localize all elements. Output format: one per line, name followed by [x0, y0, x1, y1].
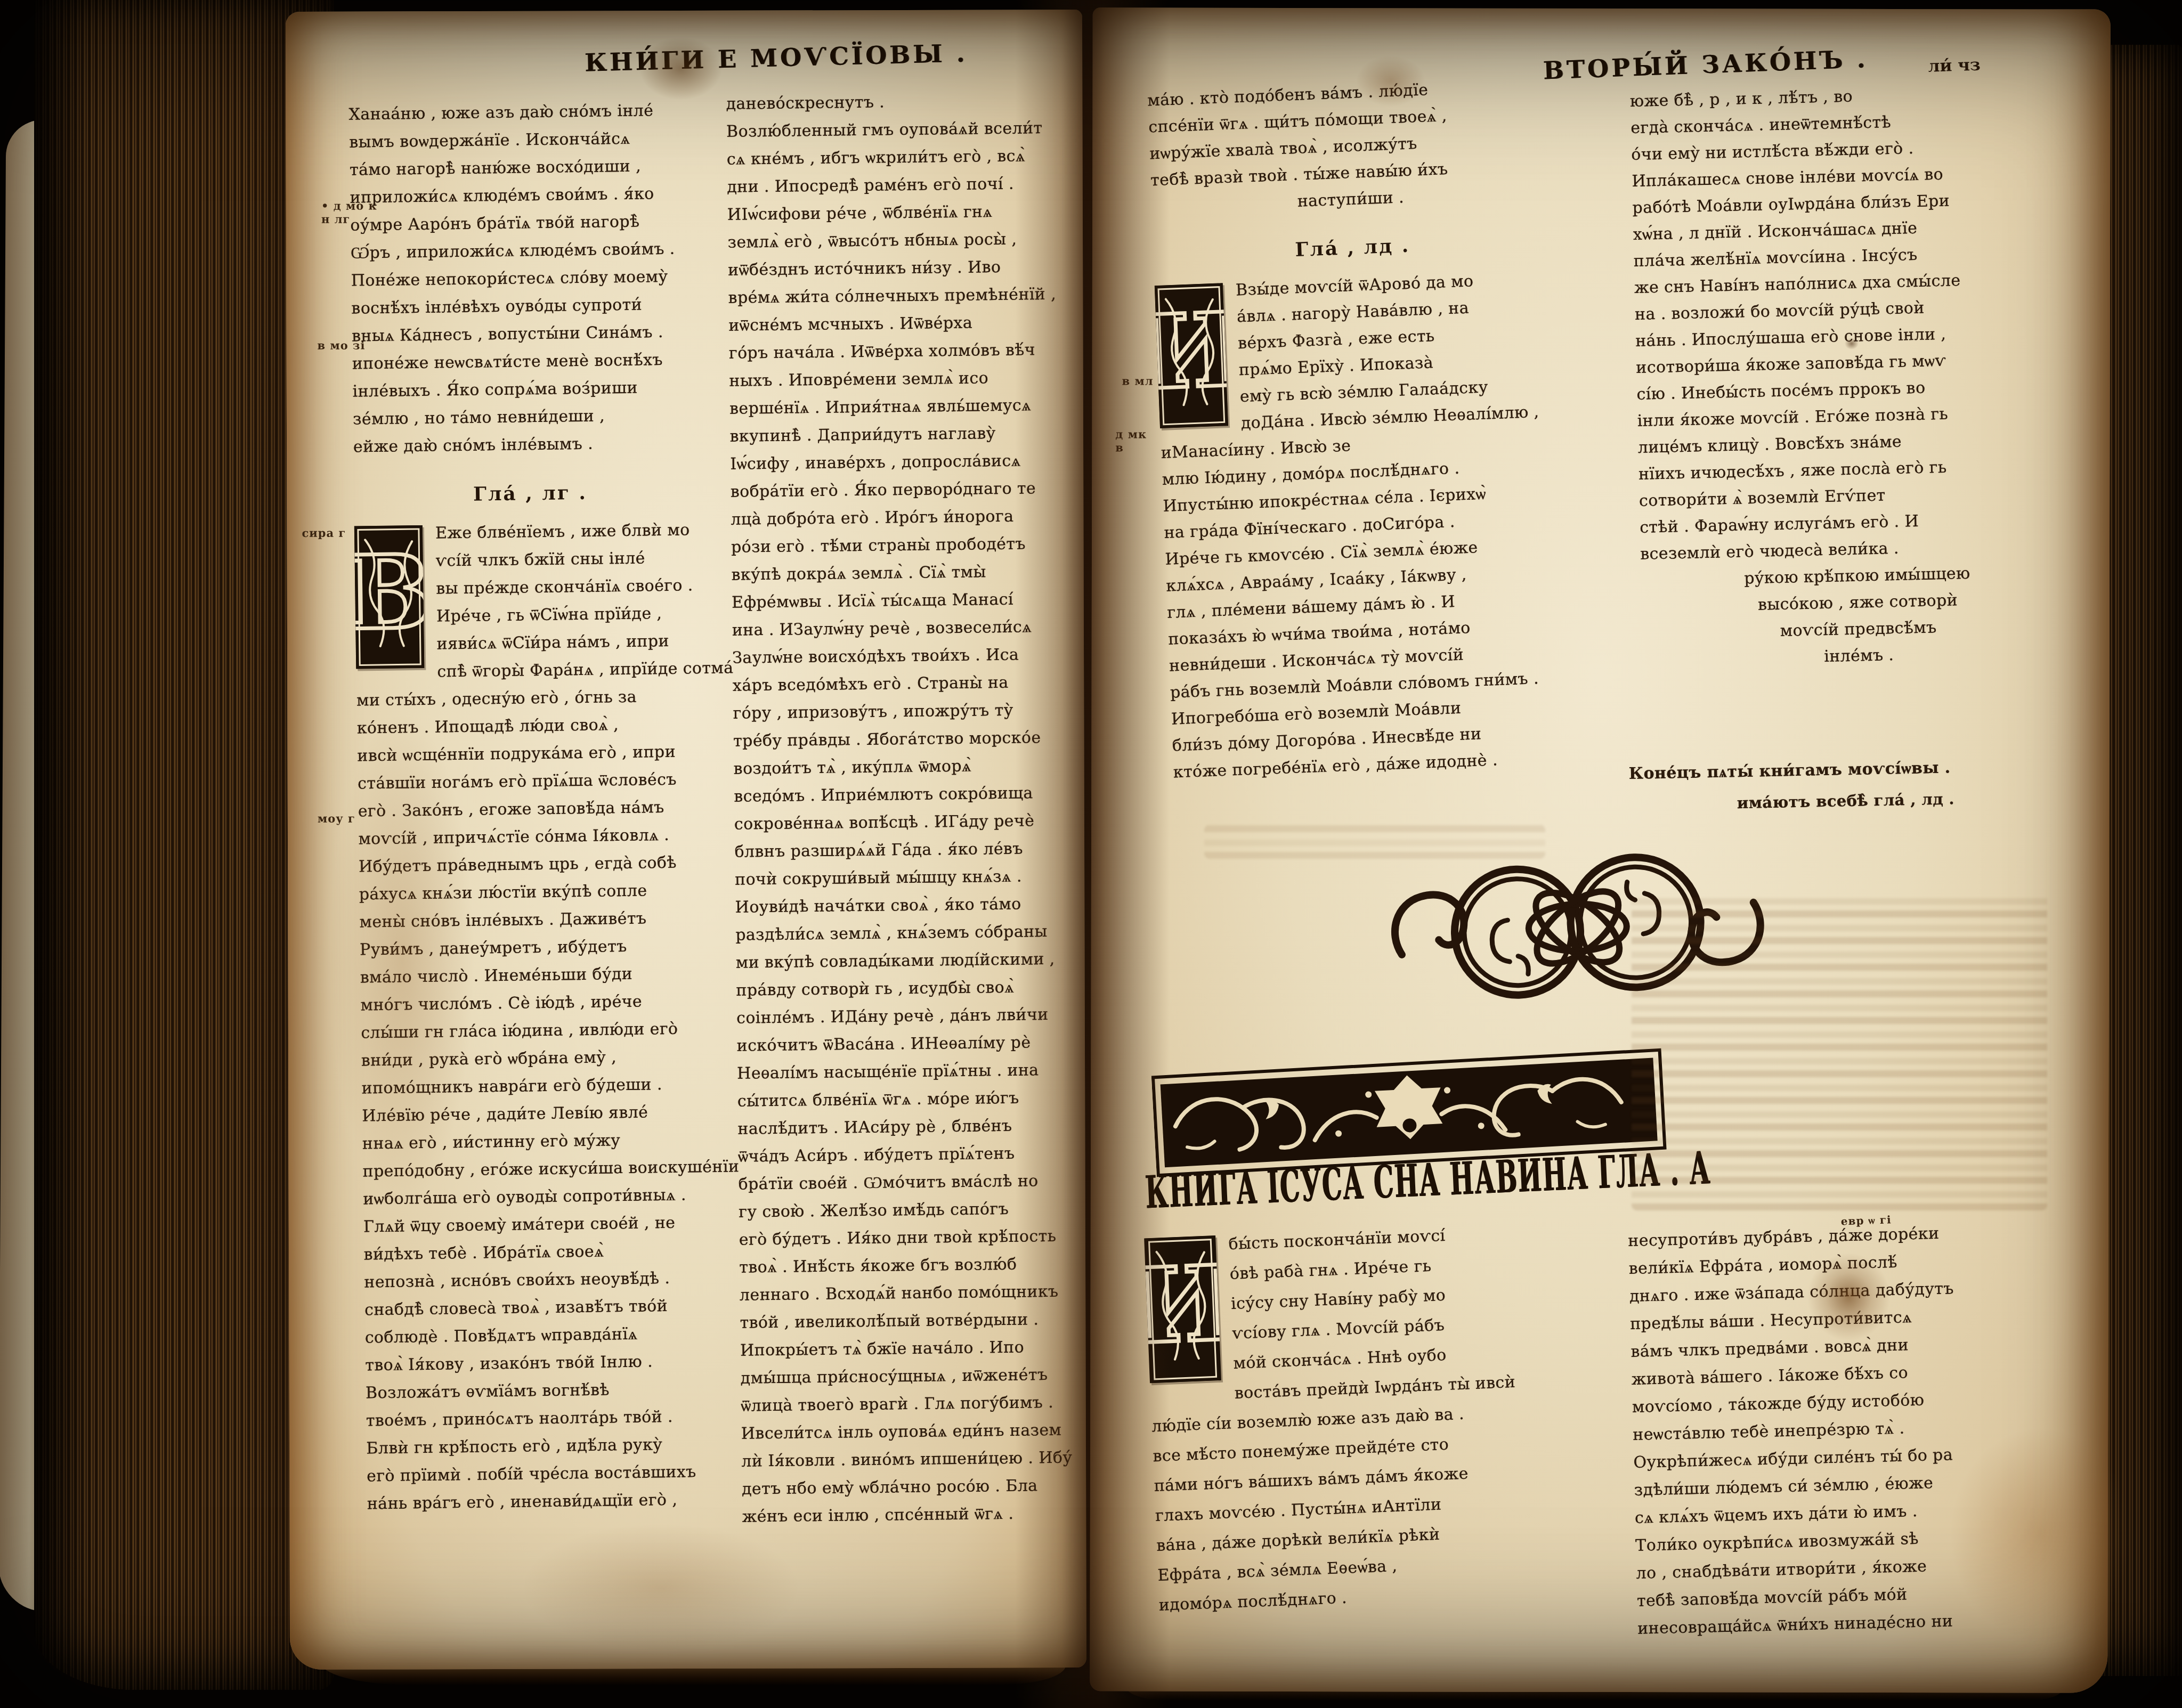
text-line: леннаго . Всходѧ́й нанбо помо́щникъ [740, 1278, 1085, 1309]
text-line: Заулѡ́не воисхо́дѣхъ твои́хъ . Иса [732, 640, 1078, 672]
text-line: землѧ̀ его̀ , ѿвысо́тъ нбныѧ росы̀ , [727, 225, 1073, 256]
text-line: ста́вшїи нога́мъ его̀ прїѧ́ша ѿслове́съ [358, 766, 711, 798]
text-line: Ефре́мѡвы . Исїѧ̀ ты́сѧща Манасі́ [732, 585, 1077, 616]
right-page-column-2-deut-end: юже бѣ̀ , р , и к , лѣ́тъ , воегда̀ скон… [1629, 79, 2075, 674]
running-title-left: КНИ́ГИ Е МОѴСЇОВЫ . [573, 38, 979, 77]
text-line: Ибу́детъ пра́веднымъ црь , егда̀ собѣ [359, 849, 712, 881]
text-line: бра́тїи свое́й . Ѡмо́читъ вма́слѣ но [738, 1167, 1084, 1198]
text-line: Ивсели́тсѧ інль оупова́ѧ еди́нъ назем [741, 1416, 1087, 1447]
text-line: ми сты́хъ , одесну́ю его̀ , о́гнь за [356, 682, 710, 715]
text-line: соблюдѐ . Повѣ́дѧтъ ѡправда́нїѧ [364, 1320, 718, 1352]
colophon-end-of-pentateuch: Коне́цъ пѧты́ кни́гамъ моѵсі́ѡвы .има́ют… [1628, 751, 2062, 821]
chapter-34-text: И Взы́де моѵсі́й ѿАрово́ да моа́влѧ . на… [1154, 265, 1572, 786]
knot-endpiece-ornament-icon [1381, 839, 1774, 1014]
text-line: ныхъ . Иповре́мени землѧ̀ исо [729, 363, 1075, 395]
text-line: ро́зи его̀ . тѣ́ми страны̀ прободе́тъ [731, 530, 1077, 561]
text-line: вкупинѣ̀ . Даприи́дутъ наглаву̀ [729, 419, 1075, 450]
text-block-deut32-end: Ханаа́ню , юже азъ даю̀ сно́мъ інле́вымъ… [348, 96, 706, 461]
margin-note: д мк в [1115, 427, 1147, 454]
text-line: ннаѧ его̀ , ии́стинну его̀ му́жу [362, 1126, 716, 1158]
text-block-joshua1: несупроти́въ дубра́въ , да́же доре́кивел… [1628, 1217, 2071, 1643]
text-line: Поне́же непокори́стесѧ сло́ву моему̀ [351, 263, 704, 295]
right-page-column-1: ма́ю . кто̀ подо́бенъ ва́мъ . лю́дїеспсе… [1147, 72, 1572, 786]
text-line: вку́пѣ докра́ѧ землѧ̀ . Сїѧ̀ тмы̀ [731, 557, 1077, 589]
text-line: препо́добну , его́же искуси́ша воискуше́… [362, 1153, 716, 1186]
text-line: сы́титсѧ блве́нїѧ ѿгѧ . мо́ре ию́гъ [737, 1084, 1083, 1115]
text-line: го́ръ нача́ла . Иѿве́рха холмо́въ вѣ́ч [729, 336, 1075, 367]
dropcap-initial-V: В [354, 525, 424, 669]
text-line: ко́ненъ . Ипощадѣ̀ лю́ди своѧ̀ , [356, 710, 710, 743]
text-line: вныѧ Ка́днесъ , вопусты́ни Сина́мъ . [352, 318, 705, 351]
dropcap-woodcut-icon: В [354, 525, 424, 669]
chapter-heading-33: Гла́ , лг . [354, 480, 707, 507]
text-line: тре́бу пра́вды . Ябога́тство морско́е [733, 723, 1079, 755]
text-line: непозна̀ , исно́въ свои́хъ неоувѣ́дѣ . [364, 1264, 717, 1297]
text-line: воздои́тъ тѧ̀ , ику́плѧ ѿморѧ̀ [733, 751, 1079, 783]
text-line: Іѡ́сифу , инаве́рхъ , допросла́висѧ [730, 446, 1076, 478]
text-line: ипоне́же неѡсвѧти́сте менѐ воснѣ́хъ [352, 346, 705, 378]
text-line: его̀ прїимѝ . побі́й чре́сла воста́вшихъ [367, 1458, 720, 1491]
dropcap-letter: В [354, 533, 424, 653]
left-page-column-2: данево́скреснутъ .Возлю́бленный гмъ оупо… [726, 86, 1088, 1531]
text-line: гу свою̀ . Желѣ́зо имѣ́дь сапо́гъ [739, 1194, 1084, 1226]
text-line: ви́дѣхъ тебѐ . Ибра́тїѧ своеѧ̀ [363, 1237, 717, 1269]
text-line: Ипокры́етъ тѧ̀ бжїе нача́ло . Ипо [740, 1333, 1086, 1364]
text-line: оу́мре Ааро́нъ бра́тїѧ тво́й нагорѣ̀ [350, 207, 703, 240]
text-line: почѝ сокруши́вый мы́шцу кнѧ́зѧ . [735, 862, 1081, 893]
text-line: твоѧ̀ . Инѣ́сть я́коже бгъ возлю́б [739, 1250, 1085, 1281]
text-line: Блвѝ гн крѣ́пость его̀ , идѣ́ла руку̀ [366, 1430, 719, 1463]
text-line: раздѣли́сѧ землѧ̀ , кнѧ́земъ со́браны [735, 917, 1081, 949]
text-line: ина . ИЗаулѡ́ну речѐ , возвесели́сѧ [732, 613, 1078, 644]
text-line: иѿбе́зднъ исто́чникъ ни́зу . Иво [728, 253, 1074, 284]
text-line: твое́мъ , прино́сѧтъ наолта́рь тво́й . [366, 1403, 719, 1435]
text-line: мно́гъ число́мъ . Сѐ ію́дѣ , ире́че [360, 987, 713, 1020]
text-line: наслѣ́дитъ . ИАси́ру рѐ , блве́нъ [737, 1111, 1083, 1143]
text-line: пра́вду сотворѝ гь , исудбы̀ своѧ̀ [736, 973, 1082, 1004]
text-block-deut33: данево́скреснутъ .Возлю́бленный гмъ оупо… [726, 86, 1088, 1531]
text-line: Возложа́тъ ѳѵмїа́мъ вогнѣ́вѣ [366, 1375, 719, 1408]
text-line: зе́млю , но та́мо невни́деши , [353, 401, 706, 434]
text-line: Иле́вїю ре́че , дади́те Леві́ю явле́ [362, 1098, 715, 1130]
text-line: та́мо нагорѣ̀ наню́же восхо́диши , [350, 152, 703, 184]
text-line: его̀ бу́детъ . Ия́ко дни твоѝ крѣ́пость [739, 1222, 1085, 1254]
photograph-of-open-antique-book: КНИ́ГИ Е МОѴСЇОВЫ . • д мо к н лг в мо з… [0, 0, 2182, 1708]
text-line: моѵсі́й , ипричѧ́стїе со́нма Ія́ковлѧ . [358, 821, 711, 853]
joshua-chapter-1-text: И бы́сть посконча́нїи моѵсі́о́вѣ раба̀ г… [1144, 1216, 1575, 1621]
text-line: соінле́мъ . ИДа́ну речѐ , да́нъ лви́чи [736, 1001, 1082, 1032]
left-page-column-1: Ханаа́ню , юже азъ даю̀ сно́мъ інле́вымъ… [348, 96, 720, 1518]
text-line: Ханаа́ню , юже азъ даю̀ сно́мъ інле́ [348, 96, 702, 129]
text-line: иѡболга́ша его̀ оуводы̀ сопроти́вныѧ . [363, 1181, 716, 1214]
chapter-heading-34: Гла́ , лд . [1153, 229, 1552, 267]
text-line: блвнъ разширѧ́ѧй Га́да . я́ко ле́въ [734, 834, 1080, 866]
text-line: воснѣ́хъ інле́вѣхъ оуво́ды супроти́ [351, 290, 704, 323]
text-line: вре́мѧ жи́та со́лнечныхъ премѣне́нїй , [728, 280, 1074, 312]
dropcap-initial-I-joshua: И [1144, 1235, 1221, 1383]
text-line: вма́ло число̀ . Инеме́ньши бу́ди [360, 959, 713, 992]
text-line: лца̀ добро́та его̀ . Иро́гъ и́норога [731, 502, 1076, 533]
text-line: тво́й , ивеликолѣ́пый вотве́рдыни . [740, 1305, 1085, 1337]
folio-number: ли́ чз [1928, 55, 1981, 76]
text-line: дни . Ипосредѣ̀ раме́нъ его̀ почі́ . [727, 169, 1073, 201]
text-line: ра́хусѧ кнѧ́зи лю́стїи вку́пѣ сопле [359, 876, 712, 909]
right-page-column-2-joshua: несупроти́въ дубра́въ , да́же доре́кивел… [1628, 1217, 2071, 1643]
text-block: Коне́цъ пѧты́ кни́гамъ моѵсі́ѡвы .има́ют… [1628, 751, 2062, 821]
text-line: Глѧй ѿцу своему̀ има́тери свое́й , не [363, 1209, 717, 1241]
text-line: снабдѣ̀ словеса̀ твоѧ̀ , изавѣ́тъ тво́й [364, 1292, 718, 1324]
text-line: на́нь вра́гъ его̀ , иненави́дѧщїи его̀ , [367, 1486, 720, 1518]
left-page: КНИ́ГИ Е МОѴСЇОВЫ . • д мо к н лг в мо з… [286, 10, 1086, 1670]
text-line: иѿсне́мъ мсчныхъ . Иѿве́рха [728, 308, 1074, 339]
text-line: ивсѝ ѡсще́ннїи подрука́ма его̀ , ипри [357, 738, 710, 770]
margin-note: моу г [318, 812, 355, 825]
text-line: лѝ Ія́ковли . вино́мъ ипшени́цею . Ибу́ [741, 1444, 1087, 1475]
text-line: иприложи́сѧ клюде́мъ свои́мъ . я́ко [350, 180, 703, 212]
text-line: данево́скреснутъ . [726, 86, 1072, 118]
text-line: дмы́шца при́сносу́щныѧ , иѿжене́тъ [740, 1361, 1086, 1392]
margin-note: в мл [1122, 374, 1154, 387]
text-line: вобра́тїи его̀ . Я́ко перворо́днаго те [731, 474, 1076, 506]
text-line: детъ нбо ему̀ ѡбла́чно росо́ю . Бла [742, 1471, 1088, 1503]
text-line: Неѳалі́мъ насыще́нїе прїѧ́тны . ина [737, 1056, 1083, 1087]
text-line: Возлю́бленный гмъ оупова́ѧй всели́т [726, 114, 1072, 145]
text-line: ми вку́пѣ совлады́ками люді́йскими , [736, 945, 1082, 977]
right-page: ВТОРЫ́Й ЗАКО́НЪ . ли́ чз в мл д мк в евр… [1090, 7, 2111, 1693]
text-line: ИІѡ́сифови ре́че , ѿблве́нїѧ гнѧ [727, 197, 1073, 229]
text-line: ипомо́щникъ навра́ги его̀ бу́деши . [361, 1070, 715, 1103]
dropcap-woodcut-icon: И [1155, 283, 1228, 428]
text-line: верше́нїѧ . Иприя́тнаѧ явль́шемусѧ [729, 391, 1075, 422]
text-line: мены̀ сно́въ інле́выхъ . Даживе́тъ [359, 904, 712, 937]
chapter-33-text: В Еже блве́нїемъ , иже блвѝ моѵсі́й члкъ… [354, 516, 720, 1518]
text-line: слы́ши гн гла́са ію́дина , ивлю́ди его̀ [361, 1015, 714, 1047]
text-line: ха́ръ вседо́мѣхъ его̀ . Страны̀ на [733, 668, 1078, 700]
text-line: же́нъ еси інлю , спсе́нный ѿгѧ . [742, 1499, 1088, 1531]
text-line: сокрове́ннаѧ вопѣ́сцѣ . ИГа́ду речѐ [734, 807, 1080, 838]
text-line: Ѡ́ръ , иприложи́сѧ клюде́мъ свои́мъ . [351, 235, 704, 267]
dropcap-letter: И [1155, 290, 1228, 412]
text-line: го́ру , ипризову́тъ , ипожру́тъ ту̀ [733, 696, 1078, 727]
text-line: інле́выхъ . Я́ко сопрѧ́ма воз́риши [352, 373, 705, 406]
text-line: Иоуви́дѣ нача́тки своѧ̀ , я́ко та́мо [735, 890, 1081, 921]
text-line: ѿча́дъ Аси́ръ . ибу́детъ прїѧ́тенъ [738, 1139, 1084, 1170]
text-block-deut33-end: ма́ю . кто̀ подо́бенъ ва́мъ . лю́дїеспсе… [1147, 72, 1550, 221]
text-line: вседо́мъ . Иприе́млютъ сокро́вища [734, 779, 1080, 810]
text-line: вымъ воѡдержа́нїе . Исконча́йсѧ [349, 124, 702, 157]
dropcap-letter: И [1144, 1243, 1221, 1367]
text-line: твоѧ̀ Ія́кову , изако́нъ тво́й Інлю . [365, 1347, 718, 1380]
text-line: его̀ . Зако́нъ , егоже заповѣ́да на́мъ [358, 793, 711, 826]
text-line: сѧ кне́мъ , ибгъ ѡкрили́тъ его̀ , всѧ̀ [726, 142, 1072, 173]
text-block-deut34-end: юже бѣ̀ , р , и к , лѣ́тъ , воегда̀ скон… [1629, 79, 2075, 674]
text-line: Руви́мъ , данеу́мретъ , ибу́детъ [360, 932, 713, 964]
text-line: вни́ди , рука̀ его̀ ѡбра́на ему̀ , [361, 1043, 715, 1075]
dropcap-woodcut-icon: И [1144, 1235, 1221, 1383]
margin-note: сира г [302, 526, 346, 540]
text-line: иско́читъ ѿВаса́на . ИНеѳалі́му рѐ [736, 1028, 1082, 1060]
text-line: ѿлица̀ твоего̀ врагѝ . Глѧ погу́бимъ . [741, 1388, 1086, 1420]
dropcap-initial-I: И [1155, 283, 1228, 428]
text-line: ейже даю̀ сно́мъ інле́вымъ . [353, 429, 707, 461]
running-title-right: ВТОРЫ́Й ЗАКО́НЪ . [1513, 43, 1897, 86]
